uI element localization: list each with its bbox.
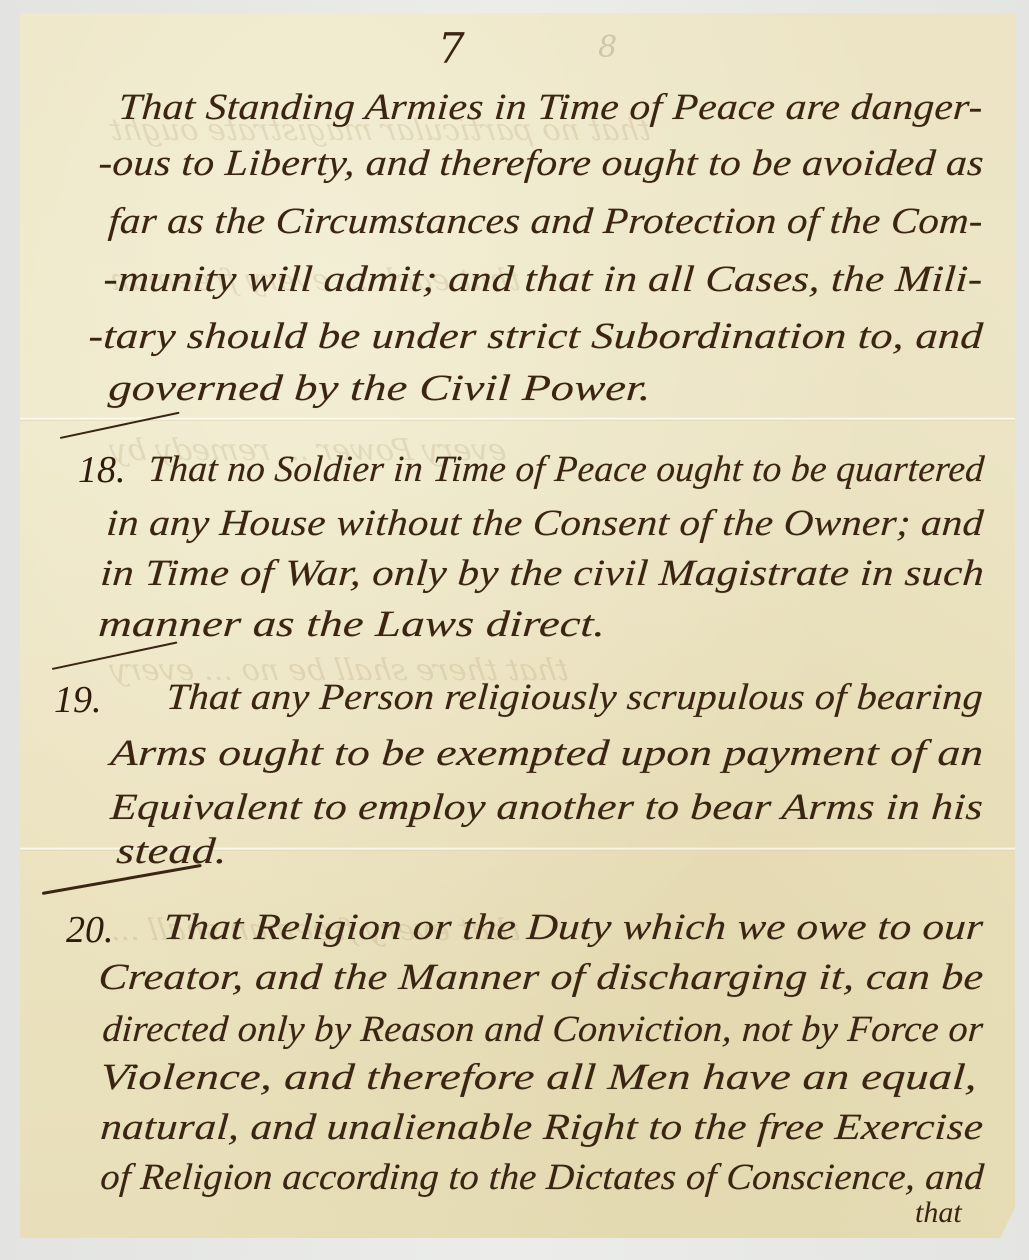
text-line: manner as the Laws direct. (97, 603, 607, 647)
text-line: natural, and unalienable Right to the fr… (99, 1106, 985, 1150)
article-number: 19. (54, 678, 102, 722)
text-line: -ous to Liberty, and therefore ought to … (97, 142, 985, 186)
text-line: Arms ought to be exempted upon payment o… (109, 732, 985, 776)
text-line: Creator, and the Manner of discharging i… (97, 956, 985, 1000)
catchword: that (915, 1196, 962, 1230)
text-line: That Standing Armies in Time of Peace ar… (117, 86, 984, 130)
article-number: 20. (66, 908, 114, 952)
text-line: in any House without the Consent of the … (105, 502, 985, 546)
text-line: governed by the Civil Power. (107, 367, 653, 411)
text-line: of Religion according to the Dictates of… (99, 1156, 985, 1200)
text-line: in Time of War, only by the civil Magist… (99, 552, 986, 596)
article-number: 18. (78, 448, 126, 492)
text-line: stead. (115, 830, 229, 874)
text-line: -munity will admit; and that in all Case… (102, 258, 984, 302)
text-line: Equivalent to employ another to bear Arm… (109, 786, 985, 830)
text-line: -tary should be under strict Subordinati… (87, 315, 984, 359)
text-line: directed only by Reason and Conviction, … (101, 1008, 985, 1052)
text-line: Violence, and therefore all Men have an … (99, 1056, 979, 1100)
text-line: That Religion or the Duty which we owe t… (162, 906, 985, 950)
text-line: That no Soldier in Time of Peace ought t… (147, 448, 986, 492)
bleed-through-page-number: 8 (598, 30, 617, 65)
text-line: far as the Circumstances and Protection … (107, 200, 984, 244)
page-number: 7 (438, 24, 465, 73)
fold-crease (20, 417, 1015, 421)
text-line: That any Person religiously scrupulous o… (165, 676, 985, 720)
